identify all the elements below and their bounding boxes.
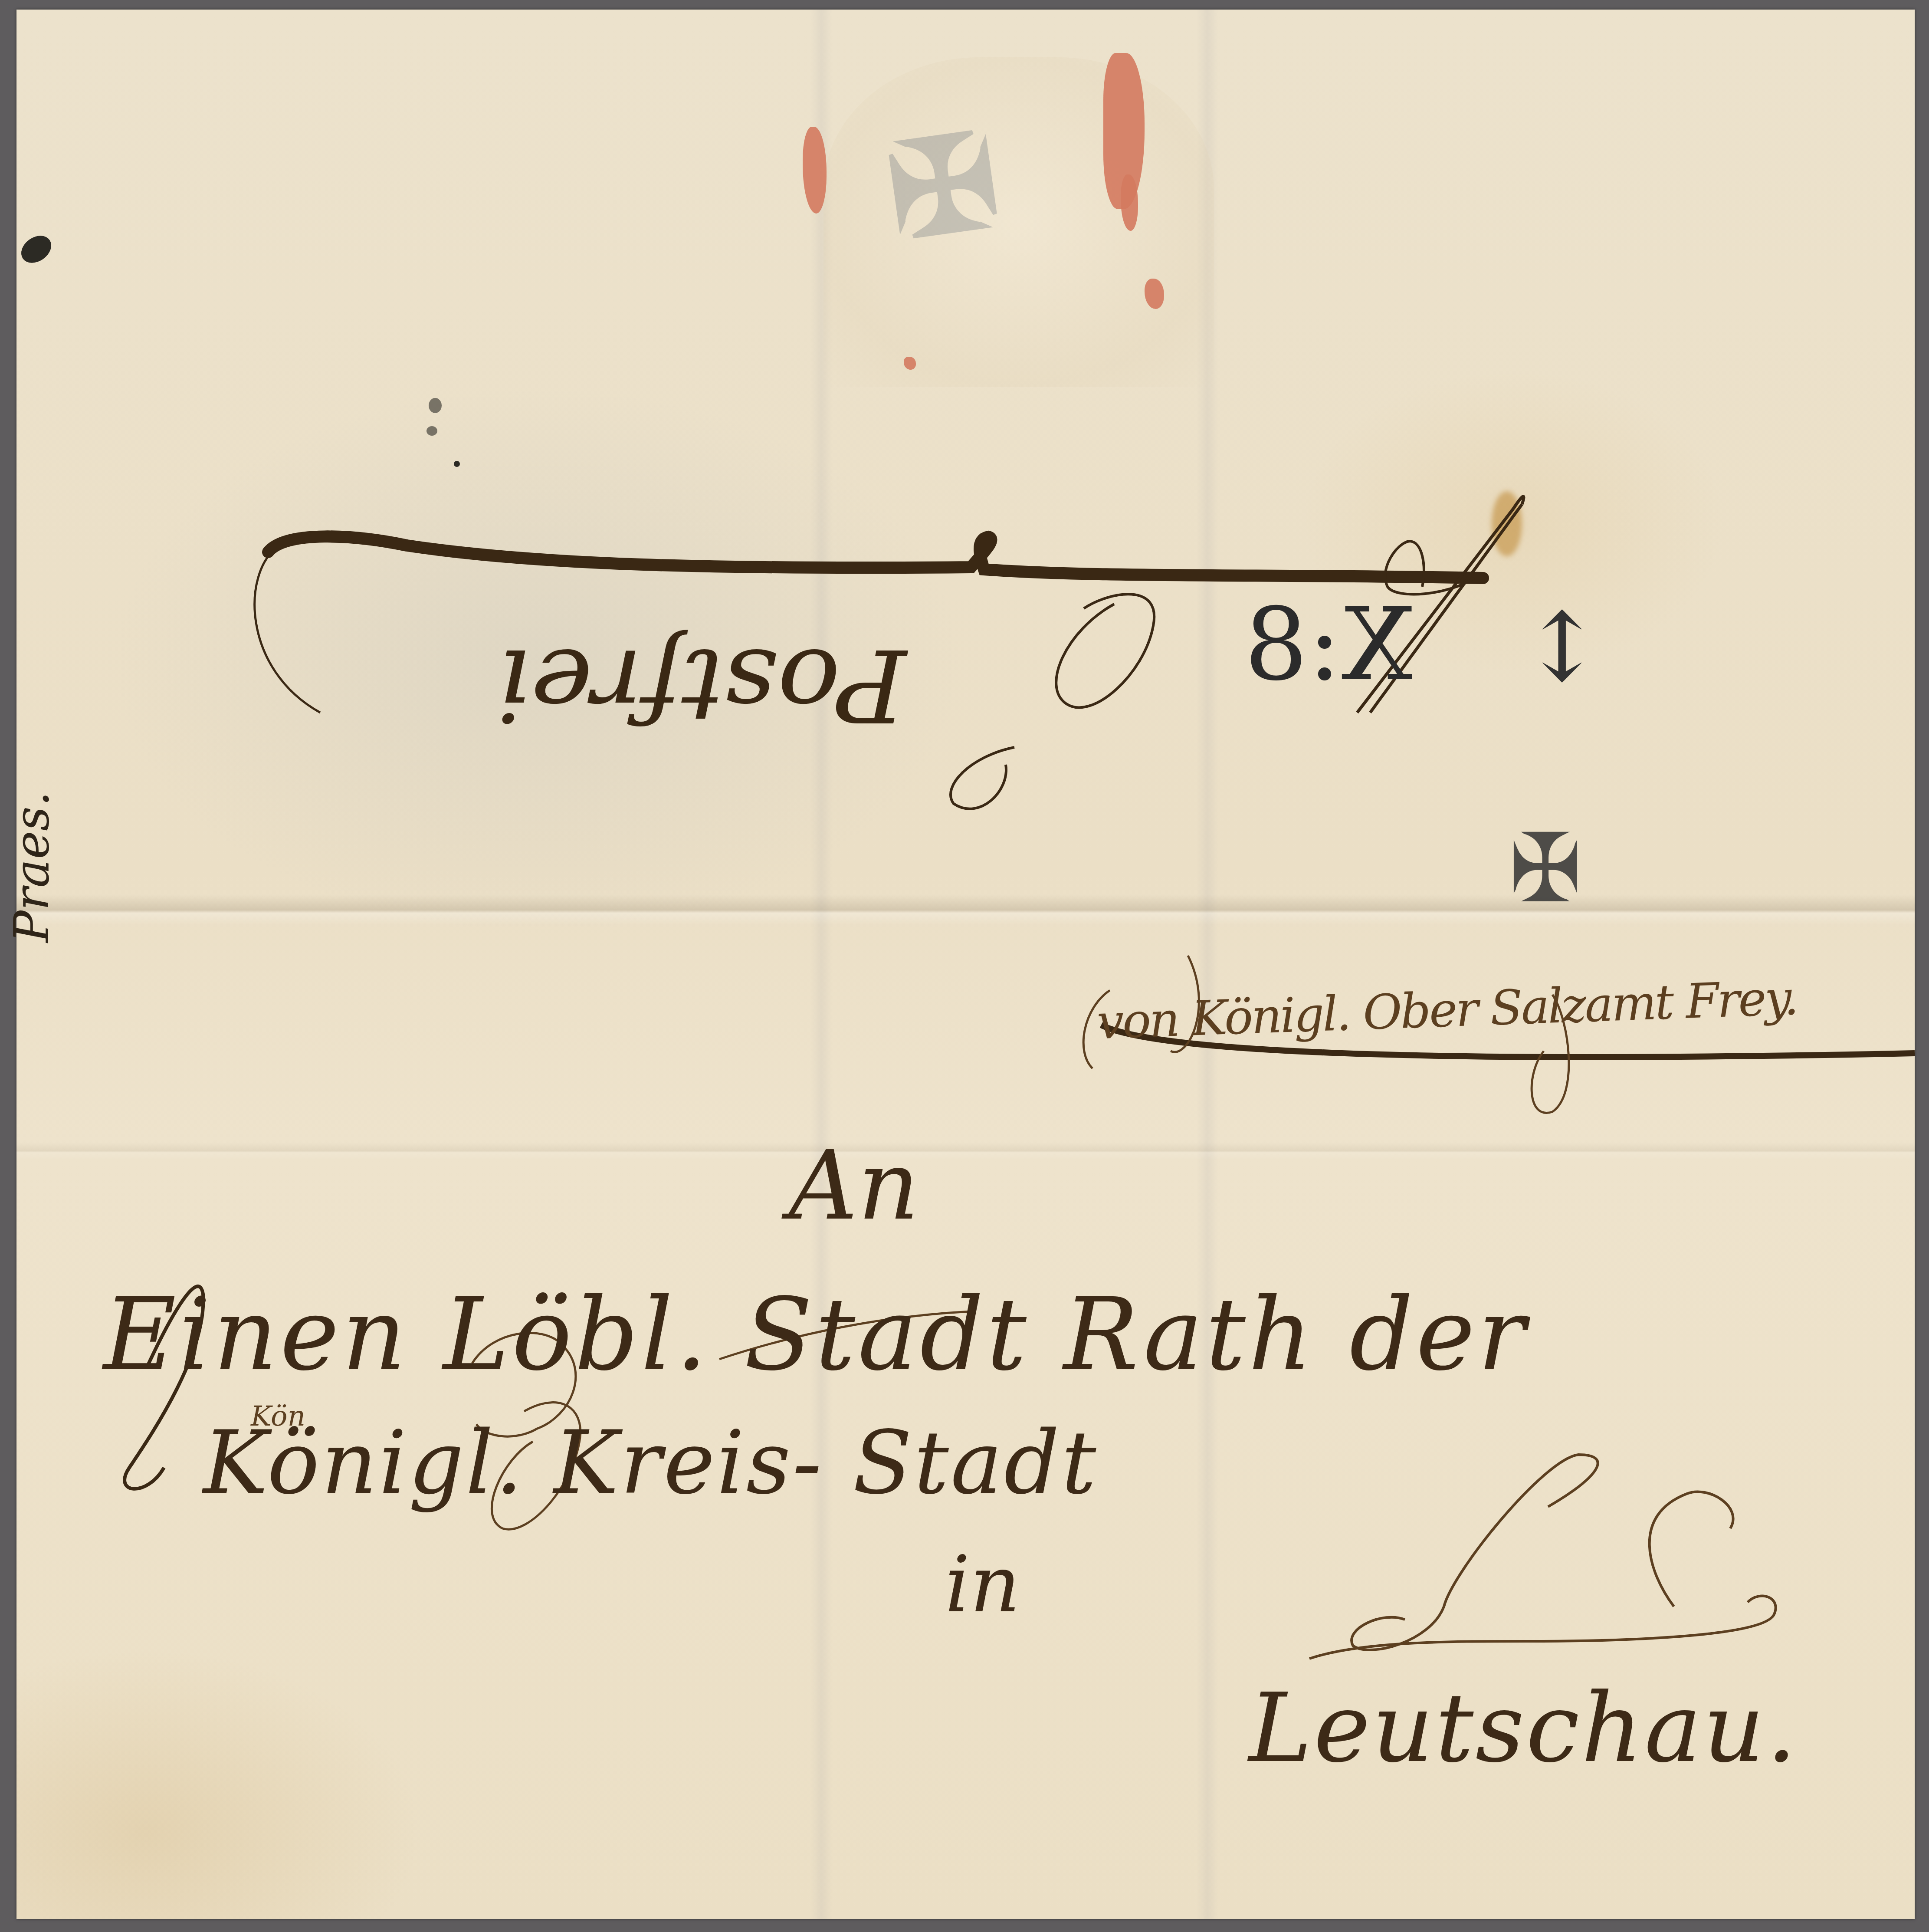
arrow-mark-icon: ↕ — [1522, 600, 1602, 695]
pen-flourishes — [16, 10, 1915, 1919]
address-line-an: An — [789, 1138, 919, 1233]
address-line-in: in — [945, 1546, 1020, 1624]
address-line-destination: Leutschau. — [1249, 1680, 1798, 1776]
double-headed-eagle-icon: ✠ — [1509, 821, 1582, 917]
margin-note: Praes. — [8, 791, 56, 943]
inverted-postfrei-notation: Postfrei — [497, 634, 907, 734]
address-line-recipient: Einen Löbl. Stadt Rath der — [103, 1285, 1528, 1385]
address-line-city-type: Königl. Kreis- Stadt — [203, 1420, 1098, 1507]
rate-handstamp: X:8 — [1244, 595, 1413, 695]
letter-cover: ✠ Postfrei X:8 ↕ ✠ von Königl. Ober Salz… — [16, 10, 1915, 1919]
